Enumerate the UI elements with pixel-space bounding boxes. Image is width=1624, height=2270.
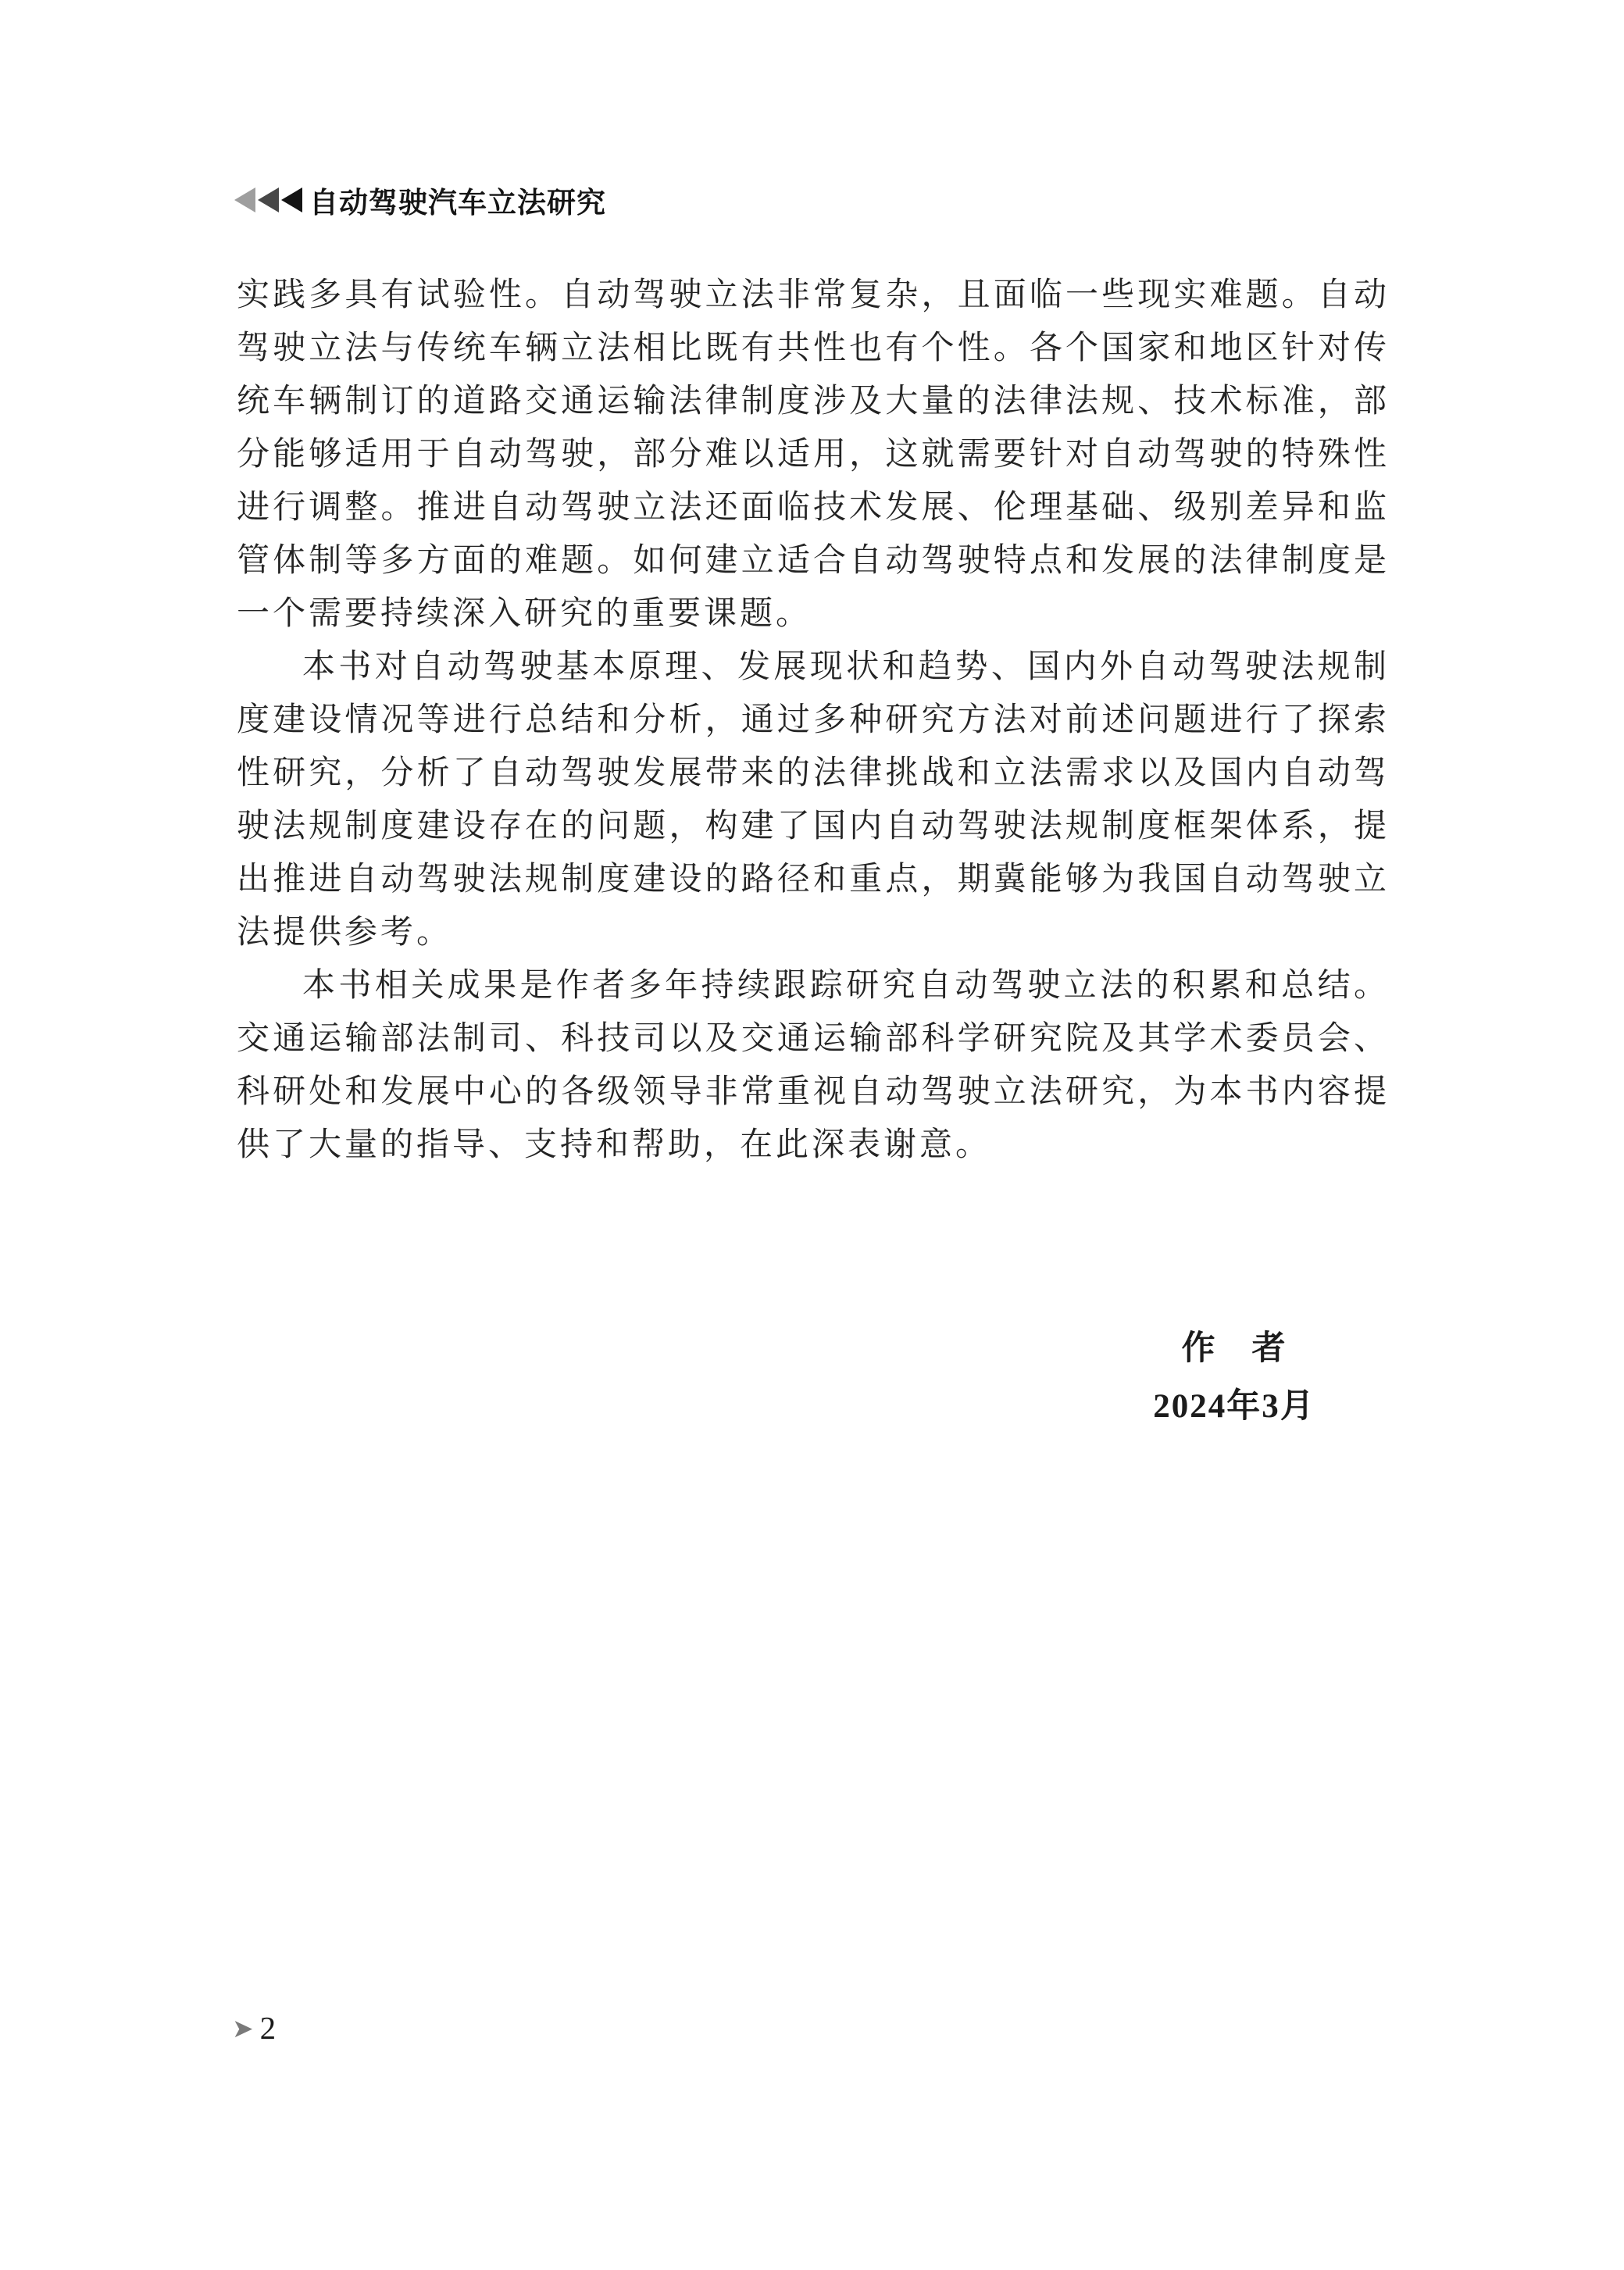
signature-date: 2024年3月 (1039, 1378, 1429, 1436)
page-number: 2 (260, 2012, 277, 2044)
running-head: 自动驾驶汽车立法研究 (234, 184, 606, 216)
page-footer: ➤ 2 (232, 2012, 276, 2044)
triangle-left-icon (234, 187, 255, 212)
signature-block: 作 者 2024年3月 (1039, 1320, 1429, 1436)
document-page: 自动驾驶汽车立法研究 实践多具有试验性。自动驾驶立法非常复杂，且面临一些现实难题… (0, 0, 1624, 2270)
arrowhead-right-icon: ➤ (232, 2015, 254, 2041)
running-head-title: 自动驾驶汽车立法研究 (309, 179, 606, 221)
triangle-left-icon (258, 187, 279, 212)
body-text: 实践多具有试验性。自动驾驶立法非常复杂，且面临一些现实难题。自动驾驶立法与传统车… (237, 269, 1390, 1172)
body-paragraph: 本书对自动驾驶基本原理、发展现状和趋势、国内外自动驾驶法规制度建设情况等进行总结… (237, 641, 1390, 959)
author-name: 作 者 (1039, 1320, 1429, 1378)
triangle-left-icon (281, 187, 302, 212)
body-paragraph: 本书相关成果是作者多年持续跟踪研究自动驾驶立法的积累和总结。交通运输部法制司、科… (237, 959, 1390, 1172)
body-paragraph: 实践多具有试验性。自动驾驶立法非常复杂，且面临一些现实难题。自动驾驶立法与传统车… (237, 269, 1390, 641)
